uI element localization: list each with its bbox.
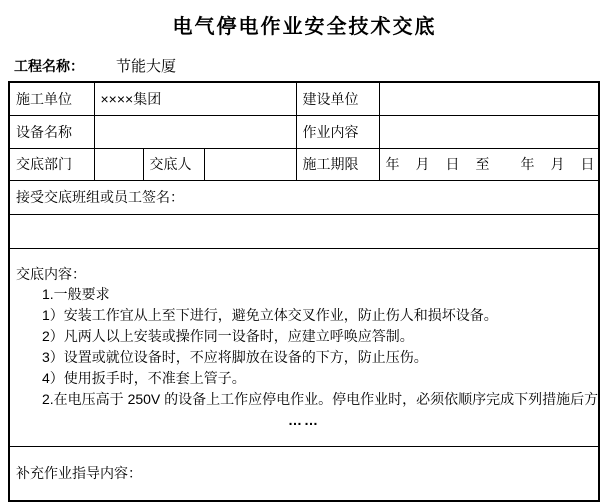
document-title: 电气停电作业安全技术交底 <box>0 10 609 39</box>
equipment-name-label: 设备名称 <box>9 115 94 148</box>
disclosure-department-value-blank[interactable] <box>94 148 143 180</box>
safety-disclosure-document: 电气停电作业安全技术交底 工程名称： 节能大厦 施工单位 ××××集团 建设单位… <box>0 0 609 502</box>
row-construction-unit: 施工单位 ××××集团 建设单位 <box>9 82 599 115</box>
content-ellipsis: …… <box>16 410 592 431</box>
content-line-2: 2）凡两人以上安装或操作同一设备时，应建立呼唤应答制。 <box>16 326 592 347</box>
row-signature-label: 接受交底班组或员工签名： <box>9 180 599 214</box>
construction-period-value[interactable]: 年 月 日 至 年 月 日 <box>379 148 599 180</box>
content-line-1: 1）安装工作宜从上至下进行，避免立体交叉作业，防止伤人和损坏设备。 <box>16 305 592 326</box>
signature-space-blank[interactable] <box>9 214 599 248</box>
construction-unit-label: 施工单位 <box>9 82 94 115</box>
supplement-section-label: 补充作业指导内容： <box>9 446 599 501</box>
discloser-label: 交底人 <box>143 148 204 180</box>
disclosure-content-label: 交底内容： <box>16 264 592 284</box>
disclosure-form-table: 施工单位 ××××集团 建设单位 设备名称 作业内容 交底部门 交底人 施工期限… <box>8 81 600 502</box>
disclosure-department-label: 交底部门 <box>9 148 94 180</box>
construction-unit-value: ××××集团 <box>94 82 296 115</box>
construction-period-label: 施工期限 <box>296 148 379 180</box>
project-name-label: 工程名称： <box>14 56 84 76</box>
content-line-3: 3）设置或就位设备时，不应将脚放在设备的下方，防止压伤。 <box>16 347 592 368</box>
discloser-value-blank[interactable] <box>204 148 296 180</box>
signature-section-label: 接受交底班组或员工签名： <box>9 180 599 214</box>
equipment-name-value-blank[interactable] <box>94 115 296 148</box>
project-name-value: 节能大厦 <box>116 55 176 76</box>
row-supplement: 补充作业指导内容： <box>9 446 599 501</box>
owner-unit-value-blank[interactable] <box>379 82 599 115</box>
content-line-power-off: 2.在电压高于 250V 的设备上工作应停电作业。停电作业时，必须依顺序完成下列… <box>16 389 592 410</box>
project-name-line: 工程名称： 节能大厦 <box>14 55 609 73</box>
row-disclosure-department: 交底部门 交底人 施工期限 年 月 日 至 年 月 日 <box>9 148 599 180</box>
work-content-value-blank[interactable] <box>379 115 599 148</box>
content-line-general-requirements: 1.一般要求 <box>16 284 592 305</box>
row-signature-space <box>9 214 599 248</box>
disclosure-content-cell: 交底内容： 1.一般要求 1）安装工作宜从上至下进行，避免立体交叉作业，防止伤人… <box>9 248 599 446</box>
owner-unit-label: 建设单位 <box>296 82 379 115</box>
row-equipment-name: 设备名称 作业内容 <box>9 115 599 148</box>
work-content-label: 作业内容 <box>296 115 379 148</box>
content-line-4: 4）使用扳手时，不准套上管子。 <box>16 368 592 389</box>
row-disclosure-content: 交底内容： 1.一般要求 1）安装工作宜从上至下进行，避免立体交叉作业，防止伤人… <box>9 248 599 446</box>
